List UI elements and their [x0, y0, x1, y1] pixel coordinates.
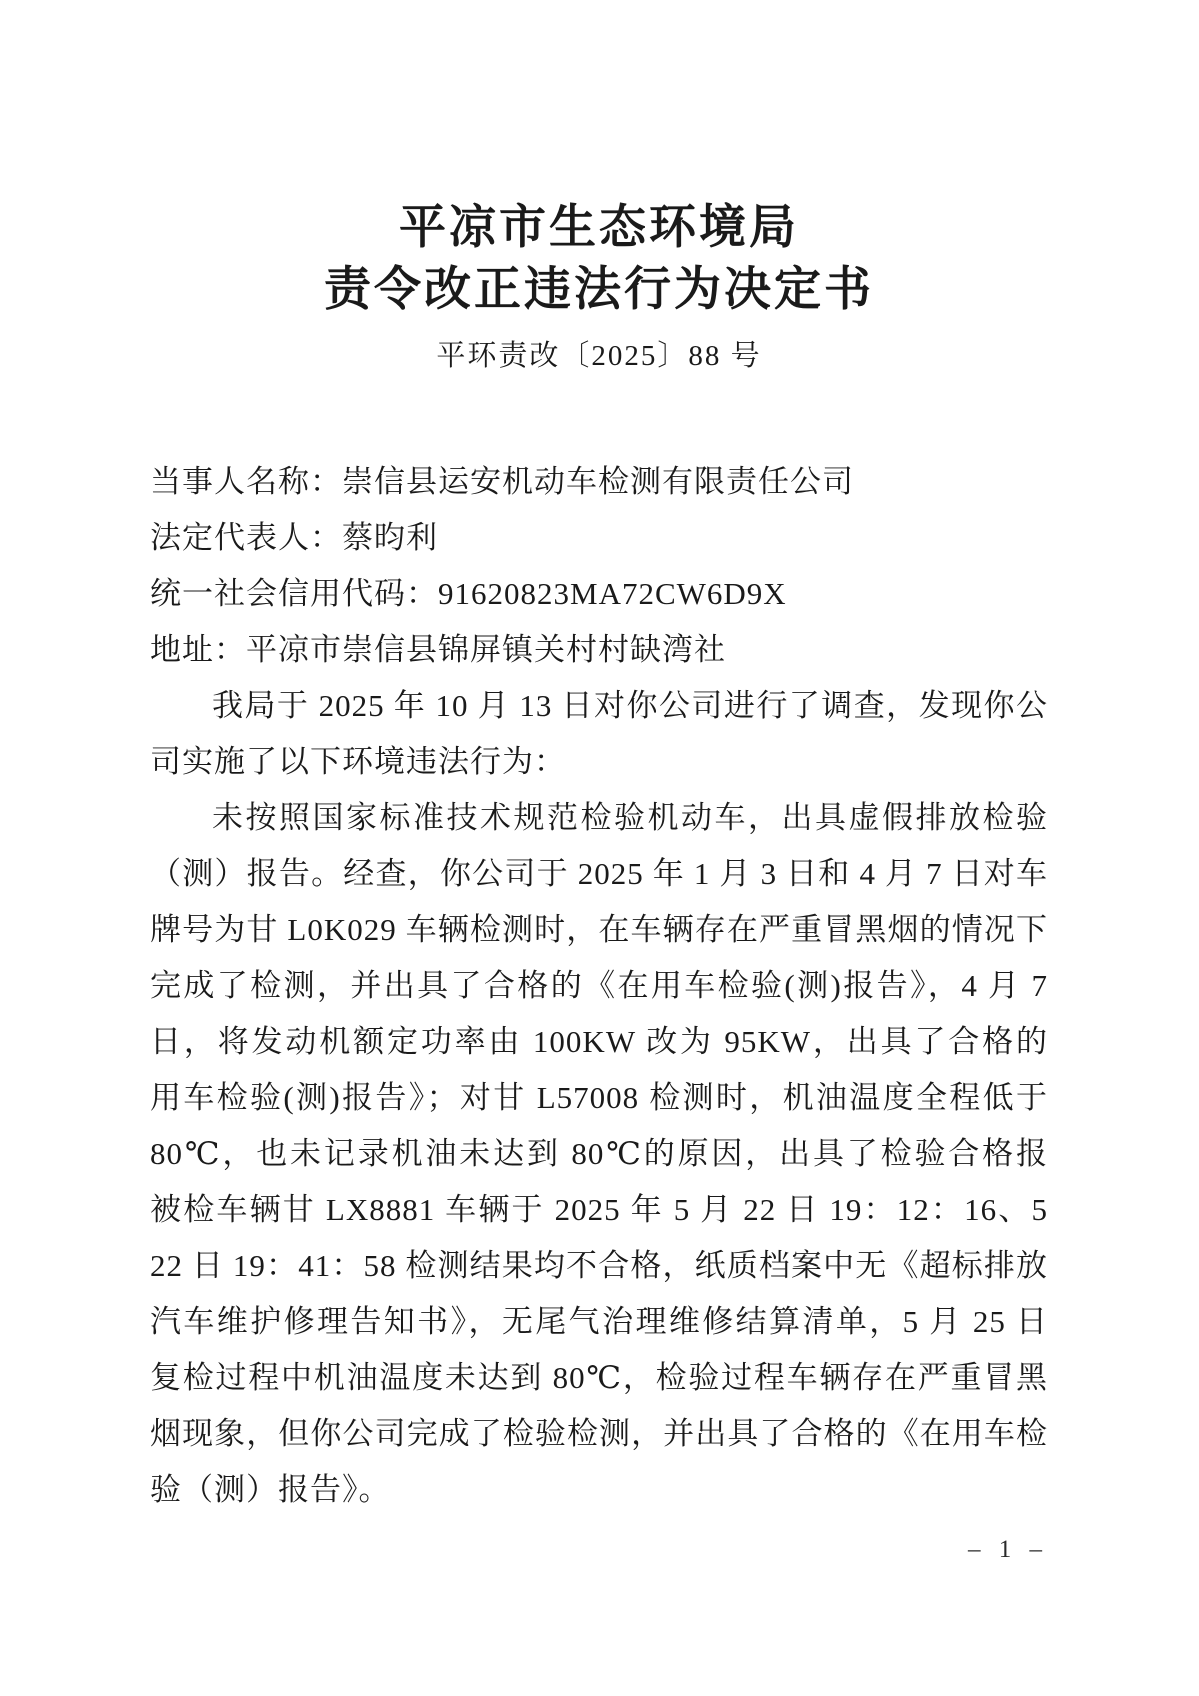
- body-line: 统一社会信用代码：91620823MA72CW6D9X: [150, 566, 1048, 622]
- document-content: 平凉市生态环境局 责令改正违法行为决定书 平环责改〔2025〕88 号 当事人名…: [0, 0, 1199, 1568]
- body-line: 司实施了以下环境违法行为：: [150, 734, 1048, 790]
- document-number: 平环责改〔2025〕88 号: [150, 334, 1048, 378]
- body-line: 验（测）报告》。: [150, 1462, 1048, 1518]
- body-line: 未按照国家标准技术规范检验机动车，出具虚假排放检验: [150, 790, 1048, 846]
- document-title-line-1: 平凉市生态环境局: [150, 197, 1048, 259]
- body-line: 当事人名称：崇信县运安机动车检测有限责任公司: [150, 454, 1048, 510]
- body-line: 80℃，也未记录机油未达到 80℃的原因，出具了检验合格报告；: [150, 1126, 1048, 1182]
- body-line: 牌号为甘 L0K029 车辆检测时，在车辆存在严重冒黑烟的情况下: [150, 902, 1048, 958]
- document-page: 平凉市生态环境局 责令改正违法行为决定书 平环责改〔2025〕88 号 当事人名…: [0, 0, 1199, 1696]
- page-number: – 1 –: [150, 1532, 1048, 1568]
- body-line: 被检车辆甘 LX8881 车辆于 2025 年 5 月 22 日 19：12：1…: [150, 1182, 1048, 1238]
- body-line: 我局于 2025 年 10 月 13 日对你公司进行了调查，发现你公: [150, 678, 1048, 734]
- body-line: 日，将发动机额定功率由 100KW 改为 95KW，出具了合格的《在: [150, 1014, 1048, 1070]
- body-line: 完成了检测，并出具了合格的《在用车检验(测)报告》，4 月 7: [150, 958, 1048, 1014]
- body-line: 汽车维护修理告知书》，无尾气治理维修结算清单，5 月 25 日: [150, 1294, 1048, 1350]
- body-lines: 当事人名称：崇信县运安机动车检测有限责任公司法定代表人：蔡昀利统一社会信用代码：…: [150, 454, 1048, 1518]
- document-title: 平凉市生态环境局 责令改正违法行为决定书: [150, 197, 1048, 321]
- body-line: 法定代表人：蔡昀利: [150, 510, 1048, 566]
- body-line: （测）报告。经查，你公司于 2025 年 1 月 3 日和 4 月 7 日对车: [150, 846, 1048, 902]
- body-line: 用车检验(测)报告》；对甘 L57008 检测时，机油温度全程低于: [150, 1070, 1048, 1126]
- body-line: 复检过程中机油温度未达到 80℃，检验过程车辆存在严重冒黑: [150, 1350, 1048, 1406]
- body-line: 烟现象，但你公司完成了检验检测，并出具了合格的《在用车检: [150, 1406, 1048, 1462]
- document-title-line-2: 责令改正违法行为决定书: [150, 259, 1048, 321]
- body-line: 22 日 19：41：58 检测结果均不合格，纸质档案中无《超标排放: [150, 1238, 1048, 1294]
- body-line: 地址：平凉市崇信县锦屏镇关村村缺湾社: [150, 622, 1048, 678]
